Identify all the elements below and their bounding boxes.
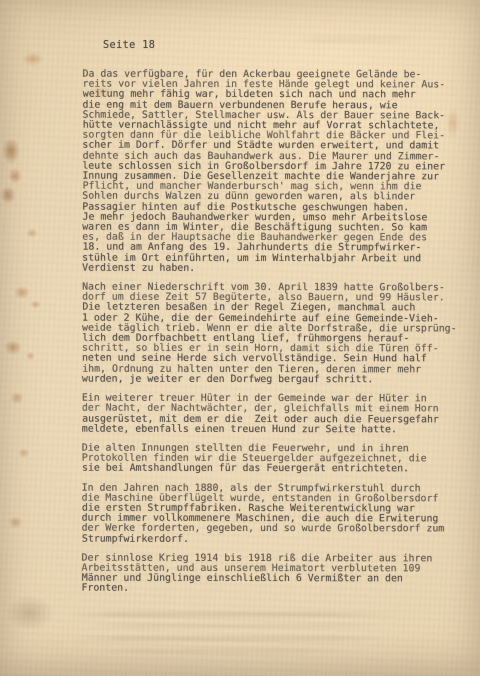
paragraph: Die alten Innungen stellten die Feuerweh… (82, 444, 462, 475)
text-line: weitung mehr fähig war, bildeten sich na… (83, 90, 463, 101)
text-line: Die letzteren besaßen in der Regel Ziege… (82, 303, 462, 314)
bleed-through (300, 36, 420, 40)
stain (26, 228, 38, 238)
stain (18, 448, 30, 458)
stain (30, 300, 41, 309)
text-line: Sohlen durchs Walzen zu dünn geworden wa… (82, 192, 462, 203)
stain (6, 596, 54, 630)
bleed-through (300, 40, 400, 43)
page-number: Seite 18 (103, 40, 155, 51)
stain (22, 52, 44, 66)
text-line: sorgten dann für die leibliche Wohlfahrt… (82, 131, 462, 142)
text-line: sie bei Amtshandlungen für das Feuergerä… (82, 464, 462, 475)
text-line: meldete, ebenfalls einen treuen Hund zur… (82, 424, 462, 435)
text-line: die ersten Strumpffabriken. Rasche Weite… (82, 504, 462, 515)
stain (4, 340, 22, 355)
paragraph: Da das verfügbare, für den Ackerbau geei… (82, 70, 462, 275)
text-line: ausgerüstet, mit dem er die Zeit oder au… (82, 414, 462, 425)
stain (8, 168, 22, 184)
stain (2, 138, 20, 164)
text-line: wurden, je weiter er den Dorfweg bergauf… (82, 374, 462, 385)
stain (26, 352, 35, 360)
text-line: Verdienst zu haben. (82, 263, 462, 274)
text-line: Männer und Jünglinge einschließlich 6 Ve… (82, 574, 462, 585)
text-line: 18. und am Anfang des 19. Jahrhunderts d… (82, 243, 462, 254)
text-line: dehnte sich auch das Bauhandwerk aus. Di… (83, 151, 463, 162)
paragraph: Nach einer Niederschrift vom 30. April 1… (82, 283, 462, 386)
text-line: schritt, so blies er in sein Horn, damit… (82, 344, 462, 355)
bleed-through (70, 612, 400, 617)
text-line: Je mehr jedoch Bauhandwerker wurden, ums… (83, 212, 463, 223)
stain (0, 186, 16, 204)
bleed-through (86, 624, 386, 628)
bleed-through (96, 649, 356, 653)
scanned-page: Seite 18 Da das verfügbare, für den Acke… (0, 0, 480, 676)
paragraph: Der sinnlose Krieg 1914 bis 1918 riß die… (81, 553, 461, 595)
paragraph: In den Jahren nach 1880, als der Strumpf… (82, 483, 462, 545)
text-line: Fronten. (81, 584, 461, 595)
document-body: Da das verfügbare, für den Ackerbau geei… (81, 70, 462, 604)
text-line: Strumpfwirkerdorf. (82, 534, 462, 545)
bleed-through (74, 636, 394, 641)
stain (8, 516, 23, 529)
stain (14, 286, 30, 299)
paragraph: Ein weiterer treuer Hüter in der Gemeind… (82, 394, 462, 436)
text-line: ihm, Ordnung zu halten unter den Tieren,… (82, 364, 462, 375)
stain (10, 392, 24, 404)
